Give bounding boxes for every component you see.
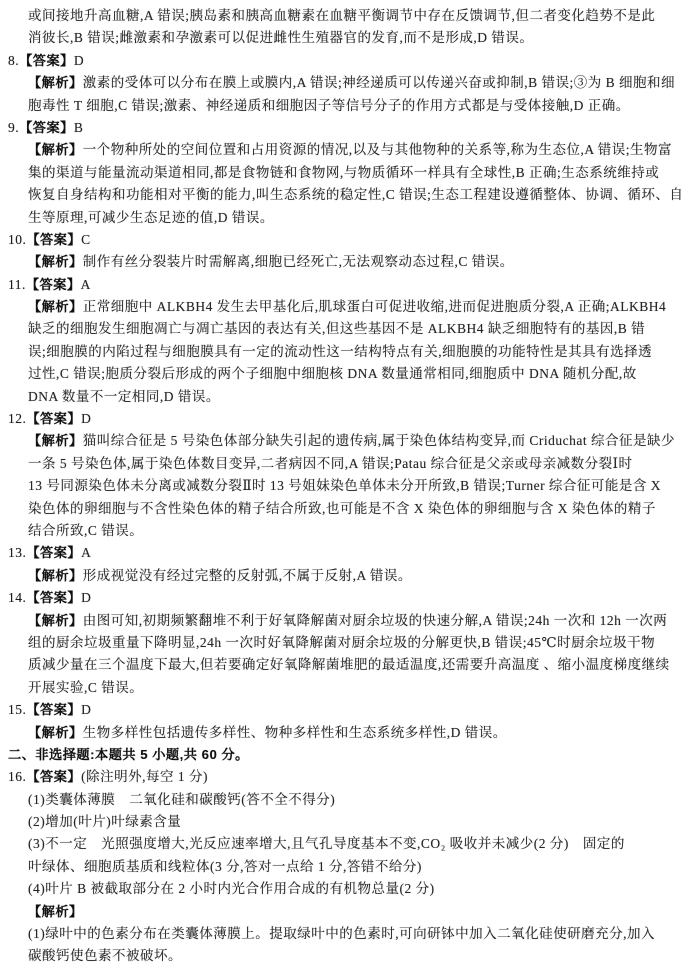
line-text: 开展实验,C 错误。 — [28, 680, 143, 695]
heading-text: 二、非选择题:本题共 5 小题,共 60 分。 — [8, 747, 249, 762]
question-number: 11. — [8, 277, 26, 292]
line-text: A — [81, 545, 91, 560]
analysis-marker: 【解析】 — [28, 613, 83, 628]
section-2-heading: 二、非选择题:本题共 5 小题,共 60 分。 — [8, 744, 686, 766]
answer-marker: 【答案】 — [19, 120, 74, 135]
q16-answer-blank-3-line-1: (3)不一定 光照强度增大,光反应速率增大,且气孔导度基本不变,CO₂ 吸收并未… — [8, 833, 686, 855]
analysis-marker: 【解析】 — [28, 142, 83, 157]
question-number: 12. — [8, 411, 26, 426]
q16-analysis-marker-line: 【解析】 — [8, 901, 686, 923]
line-text: 生等原理,可减少生态足迹的值,D 错误。 — [28, 210, 274, 225]
line-text: 缺乏的细胞发生细胞凋亡与凋亡基因的表达有关,但这些基因不是 ALKBH4 缺乏细… — [28, 321, 645, 336]
analysis-marker: 【解析】 — [28, 725, 83, 740]
q16-answer-line: 16.【答案】(除注明外,每空 1 分) — [8, 766, 686, 788]
line-text: 13 号同源染色体未分离或减数分裂Ⅱ时 13 号姐妹染色单体未分开所致,B 错误… — [28, 478, 661, 493]
q16-analysis-part1-line-1: (1)绿叶中的色素分布在类囊体薄膜上。提取绿叶中的色素时,可向研钵中加入二氧化硅… — [8, 923, 686, 945]
q12-analysis-line: 【解析】猫叫综合征是 5 号染色体部分缺失引起的遗传病,属于染色体结构变异,而 … — [8, 430, 686, 452]
q12-analysis-continuation-line-1: 一条 5 号染色体,属于染色体数目变异,二者病因不同,A 错误;Patau 综合… — [8, 453, 686, 475]
line-text: 或间接地升高血糖,A 错误;胰岛素和胰高血糖素在血糖平衡调节中存在反馈调节,但二… — [28, 8, 655, 23]
q11-analysis-continuation-line-1: 缺乏的细胞发生细胞凋亡与凋亡基因的表达有关,但这些基因不是 ALKBH4 缺乏细… — [8, 318, 686, 340]
line-text: 由图可知,初期频繁翻堆不利于好氧降解菌对厨余垃圾的快速分解,A 错误;24h 一… — [83, 613, 668, 628]
analysis-marker: 【解析】 — [28, 433, 83, 448]
line-text: 生物多样性包括遗传多样性、物种多样性和生态系统多样性,D 错误。 — [83, 725, 507, 740]
line-text: 制作有丝分裂装片时需解离,细胞已经死亡,无法观察动态过程,C 错误。 — [83, 254, 514, 269]
analysis-marker: 【解析】 — [28, 299, 83, 314]
question-number: 15. — [8, 702, 26, 717]
q8-analysis-line: 【解析】激素的受体可以分布在膜上或膜内,A 错误;神经递质可以传递兴奋或抑制,B… — [8, 72, 686, 94]
line-text: DNA 数量不一定相同,D 错误。 — [28, 389, 220, 404]
line-text: 一个物种所处的空间位置和占用资源的情况,以及与其他物种的关系等,称为生态位,A … — [83, 142, 672, 157]
answer-marker: 【答案】 — [26, 232, 81, 247]
q7-analysis-continuation-line-2: 消彼长,B 错误;雌激素和孕激素可以促进雌性生殖器官的发育,而不是形成,D 错误… — [8, 27, 686, 49]
q15-analysis-line: 【解析】生物多样性包括遗传多样性、物种多样性和生态系统多样性,D 错误。 — [8, 722, 686, 744]
q10-analysis-line: 【解析】制作有丝分裂装片时需解离,细胞已经死亡,无法观察动态过程,C 错误。 — [8, 251, 686, 273]
q8-analysis-continuation-line: 胞毒性 T 细胞,C 错误;激素、神经递质和细胞因子等信号分子的作用方式都是与受… — [8, 95, 686, 117]
line-text: (4)叶片 B 被截取部分在 2 小时内光合作用合成的有机物总量(2 分) — [28, 881, 435, 896]
q11-analysis-line: 【解析】正常细胞中 ALKBH4 发生去甲基化后,肌球蛋白可促进收缩,进而促进胞… — [8, 296, 686, 318]
line-text: D — [74, 53, 84, 68]
line-text: 形成视觉没有经过完整的反射弧,不属于反射,A 错误。 — [83, 568, 412, 583]
question-number: 9. — [8, 120, 19, 135]
q15-answer-line: 15.【答案】D — [8, 699, 686, 721]
analysis-marker: 【解析】 — [28, 75, 83, 90]
q16-analysis-part1-line-2: 碳酸钙使色素不被破坏。 — [8, 945, 686, 967]
line-text: (3)不一定 光照强度增大,光反应速率增大,且气孔导度基本不变,CO₂ 吸收并未… — [28, 836, 625, 851]
question-number: 14. — [8, 590, 26, 605]
q9-analysis-line: 【解析】一个物种所处的空间位置和占用资源的情况,以及与其他物种的关系等,称为生态… — [8, 139, 686, 161]
line-text: 激素的受体可以分布在膜上或膜内,A 错误;神经递质可以传递兴奋或抑制,B 错误;… — [83, 75, 675, 90]
question-number: 10. — [8, 232, 26, 247]
q16-answer-blank-4-line: (4)叶片 B 被截取部分在 2 小时内光合作用合成的有机物总量(2 分) — [8, 878, 686, 900]
answer-marker: 【答案】 — [19, 53, 74, 68]
q16-answer-blank-2-line: (2)增加(叶片)叶绿素含量 — [8, 811, 686, 833]
answer-marker: 【答案】 — [26, 411, 81, 426]
answer-marker: 【答案】 — [26, 769, 81, 784]
q7-analysis-continuation-line-1: 或间接地升高血糖,A 错误;胰岛素和胰高血糖素在血糖平衡调节中存在反馈调节,但二… — [8, 5, 686, 27]
line-text: 集的渠道与能量流动渠道相同,都是食物链和食物网,与物质循环一样具有全球性,B 正… — [28, 165, 659, 180]
q14-analysis-continuation-line-3: 开展实验,C 错误。 — [8, 677, 686, 699]
q9-analysis-continuation-line-3: 生等原理,可减少生态足迹的值,D 错误。 — [8, 207, 686, 229]
q11-answer-line: 11.【答案】A — [8, 274, 686, 296]
line-text: C — [81, 232, 91, 247]
line-text: 叶绿体、细胞质基质和线粒体(3 分,答对一点给 1 分,答错不给分) — [28, 859, 422, 874]
question-number: 16. — [8, 769, 26, 784]
q16-answer-blank-1-line: (1)类囊体薄膜 二氧化硅和碳酸钙(答不全不得分) — [8, 789, 686, 811]
line-text: (2)增加(叶片)叶绿素含量 — [28, 814, 181, 829]
line-text: (1)绿叶中的色素分布在类囊体薄膜上。提取绿叶中的色素时,可向研钵中加入二氧化硅… — [28, 926, 655, 941]
line-text: 组的厨余垃圾重量下降明显,24h 一次时好氧降解菌对厨余垃圾的分解更快,B 错误… — [28, 635, 655, 650]
q14-analysis-continuation-line-2: 质减少量在三个温度下最大,但若要确定好氧降解菌堆肥的最适温度,还需要升高温度 、… — [8, 654, 686, 676]
q9-analysis-continuation-line-1: 集的渠道与能量流动渠道相同,都是食物链和食物网,与物质循环一样具有全球性,B 正… — [8, 162, 686, 184]
line-text: 误;细胞膜的内陷过程与细胞膜具有一定的流动性这一结构特点有关,细胞膜的功能特性是… — [28, 344, 652, 359]
line-text: 恢复自身结构和功能相对平衡的能力,叫生态系统的稳定性,C 错误;生态工程建设遵循… — [28, 187, 683, 202]
line-text: 一条 5 号染色体,属于染色体数目变异,二者病因不同,A 错误;Patau 综合… — [28, 456, 632, 471]
line-text: 胞毒性 T 细胞,C 错误;激素、神经递质和细胞因子等信号分子的作用方式都是与受… — [28, 98, 630, 113]
line-text: 消彼长,B 错误;雌激素和孕激素可以促进雌性生殖器官的发育,而不是形成,D 错误… — [28, 30, 533, 45]
line-text: (除注明外,每空 1 分) — [81, 769, 208, 784]
q12-analysis-continuation-line-2: 13 号同源染色体未分离或减数分裂Ⅱ时 13 号姐妹染色单体未分开所致,B 错误… — [8, 475, 686, 497]
line-text: D — [81, 411, 91, 426]
line-text: (1)类囊体薄膜 二氧化硅和碳酸钙(答不全不得分) — [28, 792, 335, 807]
q13-analysis-line: 【解析】形成视觉没有经过完整的反射弧,不属于反射,A 错误。 — [8, 565, 686, 587]
q11-analysis-continuation-line-2: 误;细胞膜的内陷过程与细胞膜具有一定的流动性这一结构特点有关,细胞膜的功能特性是… — [8, 341, 686, 363]
question-number: 8. — [8, 53, 19, 68]
q14-analysis-continuation-line-1: 组的厨余垃圾重量下降明显,24h 一次时好氧降解菌对厨余垃圾的分解更快,B 错误… — [8, 632, 686, 654]
line-text: 质减少量在三个温度下最大,但若要确定好氧降解菌堆肥的最适温度,还需要升高温度 、… — [28, 657, 670, 672]
q12-analysis-continuation-line-3: 染色体的卵细胞与不含性染色体的精子结合所致,也可能是不含 X 染色体的卵细胞与含… — [8, 498, 686, 520]
q12-analysis-continuation-line-4: 结合所致,C 错误。 — [8, 520, 686, 542]
answer-marker: 【答案】 — [26, 590, 81, 605]
analysis-marker: 【解析】 — [28, 568, 83, 583]
line-text: A — [81, 277, 91, 292]
analysis-marker: 【解析】 — [28, 254, 83, 269]
analysis-marker: 【解析】 — [28, 904, 83, 919]
line-text: 正常细胞中 ALKBH4 发生去甲基化后,肌球蛋白可促进收缩,进而促进胞质分裂,… — [83, 299, 667, 314]
question-number: 13. — [8, 545, 26, 560]
line-text: D — [81, 590, 91, 605]
line-text: 结合所致,C 错误。 — [28, 523, 143, 538]
q9-answer-line: 9.【答案】B — [8, 117, 686, 139]
q9-analysis-continuation-line-2: 恢复自身结构和功能相对平衡的能力,叫生态系统的稳定性,C 错误;生态工程建设遵循… — [8, 184, 686, 206]
q16-answer-blank-3-line-2: 叶绿体、细胞质基质和线粒体(3 分,答对一点给 1 分,答错不给分) — [8, 856, 686, 878]
line-text: 碳酸钙使色素不被破坏。 — [28, 948, 182, 963]
line-text: D — [81, 702, 91, 717]
line-text: 猫叫综合征是 5 号染色体部分缺失引起的遗传病,属于染色体结构变异,而 Crid… — [83, 433, 675, 448]
q12-answer-line: 12.【答案】D — [8, 408, 686, 430]
q8-answer-line: 8.【答案】D — [8, 50, 686, 72]
answer-marker: 【答案】 — [26, 702, 81, 717]
answer-marker: 【答案】 — [26, 545, 81, 560]
line-text: 过性,C 错误;胞质分裂后形成的两个子细胞中细胞核 DNA 数量通常相同,细胞质… — [28, 366, 637, 381]
q10-answer-line: 10.【答案】C — [8, 229, 686, 251]
line-text: B — [74, 120, 84, 135]
q13-answer-line: 13.【答案】A — [8, 542, 686, 564]
answer-marker: 【答案】 — [26, 277, 81, 292]
document-page: 或间接地升高血糖,A 错误;胰岛素和胰高血糖素在血糖平衡调节中存在反馈调节,但二… — [0, 0, 692, 970]
q14-answer-line: 14.【答案】D — [8, 587, 686, 609]
line-text: 染色体的卵细胞与不含性染色体的精子结合所致,也可能是不含 X 染色体的卵细胞与含… — [28, 501, 656, 516]
q11-analysis-continuation-line-3: 过性,C 错误;胞质分裂后形成的两个子细胞中细胞核 DNA 数量通常相同,细胞质… — [8, 363, 686, 385]
q14-analysis-line: 【解析】由图可知,初期频繁翻堆不利于好氧降解菌对厨余垃圾的快速分解,A 错误;2… — [8, 610, 686, 632]
q11-analysis-continuation-line-4: DNA 数量不一定相同,D 错误。 — [8, 386, 686, 408]
